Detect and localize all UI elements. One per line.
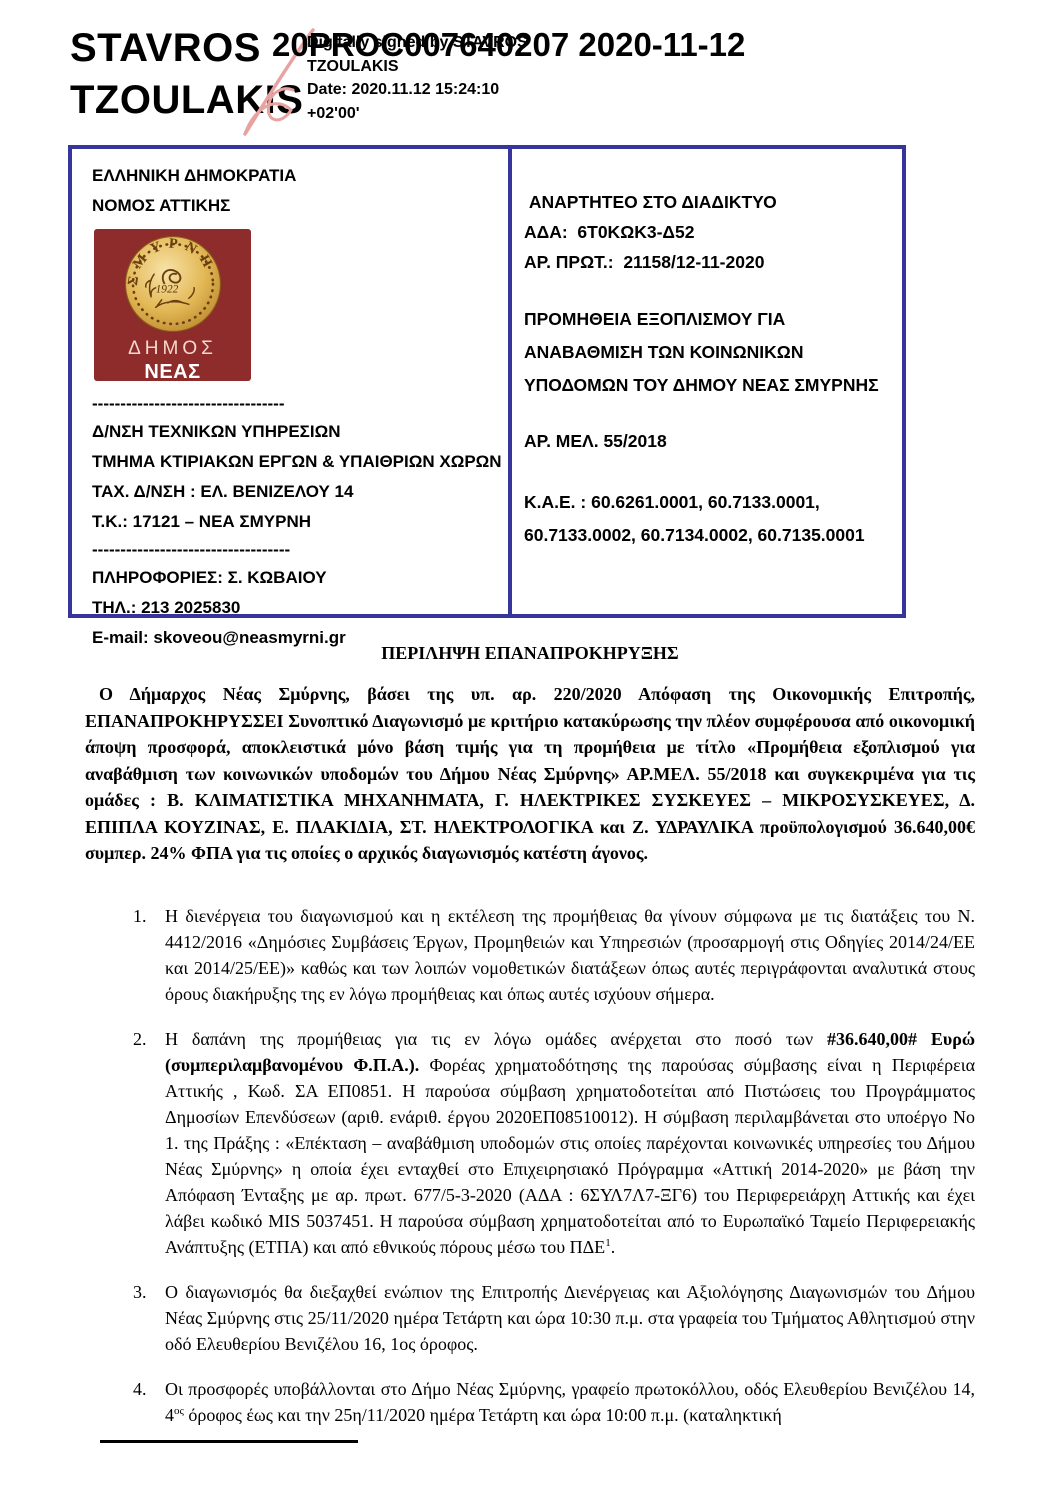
list-item: 2. Η δαπάνη της προμήθειας για τις εν λό… xyxy=(133,1026,975,1260)
list-item-text: Ο διαγωνισμός θα διεξαχθεί ενώπιον της Ε… xyxy=(165,1279,975,1357)
protocol-number: ΑΡ. ΠΡΩΤ.: 21158/12-11-2020 xyxy=(524,247,894,277)
budget-codes: Κ.Α.Ε. : 60.6261.0001, 60.7133.0001, 60.… xyxy=(524,486,894,552)
list-item-number: 2. xyxy=(133,1026,165,1260)
department: ΤΜΗΜΑ ΚΤΙΡΙΑΚΩΝ ΕΡΓΩΝ & ΥΠΑΙΘΡΙΩΝ ΧΩΡΩΝ xyxy=(92,447,508,477)
municipality-logo: ΣΜΥΡΝΗ 1922 ΔΗΜΟΣ ΝΕΑΣ ΣΜΥΡΝΗΣ xyxy=(94,229,251,381)
prefecture-title: ΝΟΜΟΣ ΑΤΤΙΚΗΣ xyxy=(92,191,508,221)
item2-text-tail: . xyxy=(611,1237,616,1257)
republic-title: ΕΛΛΗΝΙΚΗ ΔΗΜΟΚΡΑΤΙΑ xyxy=(92,161,508,191)
list-item: 3. Ο διαγωνισμός θα διεξαχθεί ενώπιον τη… xyxy=(133,1279,975,1357)
contact-person: ΠΛΗΡΟΦΟΡΙΕΣ: Σ. ΚΩΒΑΙΟΥ xyxy=(92,563,508,593)
directorate: Δ/ΝΣΗ ΤΕΧΝΙΚΩΝ ΥΠΗΡΕΣΙΩΝ xyxy=(92,417,508,447)
procurement-number: 20PROC007640207 2020-11-12 xyxy=(272,26,745,64)
logo-caption-dimos: ΔΗΜΟΣ xyxy=(94,338,251,360)
letterhead-box: ΕΛΛΗΝΙΚΗ ΔΗΜΟΚΡΑΤΙΑ ΝΟΜΟΣ ΑΤΤΙΚΗΣ xyxy=(68,145,906,618)
list-item: 4. Οι προσφορές υποβάλλονται στο Δήμο Νέ… xyxy=(133,1376,975,1428)
item2-text-post: Φορέας χρηματοδότησης της παρούσας σύμβα… xyxy=(165,1055,975,1257)
divider-dashes: ----------------------------------- xyxy=(92,537,508,563)
list-item-text: Οι προσφορές υποβάλλονται στο Δήμο Νέας … xyxy=(165,1376,975,1428)
postal-address: ΤΑΧ. Δ/ΝΣΗ : ΕΛ. ΒΕΝΙΖΕΛΟΥ 14 xyxy=(92,477,508,507)
list-item-text: Η δαπάνη της προμήθειας για τις εν λόγω … xyxy=(165,1026,975,1260)
list-item-text: Η διενέργεια του διαγωνισμού και η εκτέλ… xyxy=(165,903,975,1007)
list-item-number: 1. xyxy=(133,903,165,1007)
list-item: 1. Η διενέργεια του διαγωνισμού και η εκ… xyxy=(133,903,975,1007)
coin-emblem-icon: ΣΜΥΡΝΗ 1922 xyxy=(124,235,222,333)
procurement-subject: ΠΡΟΜΗΘΕΙΑ ΕΞΟΠΛΙΣΜΟΥ ΓΙΑ ΑΝΑΒΑΘΜΙΣΗ ΤΩΝ … xyxy=(524,303,894,402)
postal-code: Τ.Κ.: 17121 – ΝΕΑ ΣΜΥΡΝΗ xyxy=(92,507,508,537)
list-item-number: 4. xyxy=(133,1376,165,1428)
digital-signature-line3: Date: 2020.11.12 15:24:10 xyxy=(307,78,528,102)
numbered-list: 1. Η διενέργεια του διαγωνισμού και η εκ… xyxy=(85,903,975,1428)
digital-signature-line4: +02'00' xyxy=(307,102,528,126)
footnote-separator-line xyxy=(100,1440,358,1443)
study-number: ΑΡ. ΜΕΛ. 55/2018 xyxy=(524,426,894,456)
divider-dashes: ---------------------------------- xyxy=(92,391,508,417)
letterhead-left-column: ΕΛΛΗΝΙΚΗ ΔΗΜΟΚΡΑΤΙΑ ΝΟΜΟΣ ΑΤΤΙΚΗΣ xyxy=(72,149,512,614)
letterhead-right-column: ΑΝΑΡΤΗΤΕΟ ΣΤΟ ΔΙΑΔΙΚΤΥΟ ΑΔΑ: 6Τ0ΚΩΚ3-Δ52… xyxy=(512,149,902,614)
ordinal-superscript: ος xyxy=(174,1405,184,1417)
list-item-number: 3. xyxy=(133,1279,165,1357)
item2-text-pre: Η δαπάνη της προμήθειας για τις εν λόγω … xyxy=(165,1029,827,1049)
logo-year: 1922 xyxy=(155,283,178,295)
contact-phone: ΤΗΛ.: 213 2025830 xyxy=(92,593,508,623)
item4-text-post: όροφος έως και την 25η/11/2020 ημέρα Τετ… xyxy=(184,1405,782,1425)
document-title: ΠΕΡΙΛΗΨΗ ΕΠΑΝΑΠΡΟΚΗΡΥΞΗΣ xyxy=(85,640,975,666)
document-page: STAVROS TZOULAKIS Digitally signed by ST… xyxy=(0,0,1058,1497)
ada-code: ΑΔΑ: 6Τ0ΚΩΚ3-Δ52 xyxy=(524,217,894,247)
intro-paragraph: Ο Δήμαρχος Νέας Σμύρνης, βάσει της υπ. α… xyxy=(85,681,975,867)
internet-posting-label: ΑΝΑΡΤΗΤΕΟ ΣΤΟ ΔΙΑΔΙΚΤΥΟ xyxy=(524,187,894,217)
document-body: ΠΕΡΙΛΗΨΗ ΕΠΑΝΑΠΡΟΚΗΡΥΞΗΣ Ο Δήμαρχος Νέας… xyxy=(85,640,975,1447)
